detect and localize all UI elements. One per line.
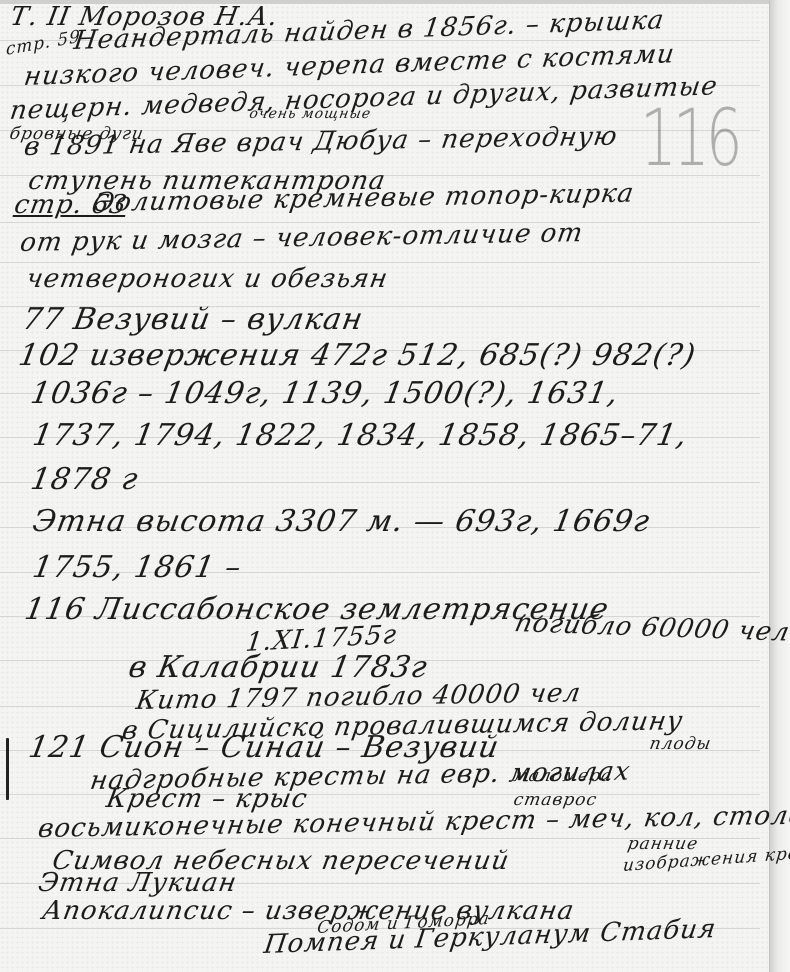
ruled-line (0, 262, 760, 263)
note-aside: погибло 60000 чел (512, 608, 790, 647)
note-line-eruptions: 1036г – 1049г, 1139, 1500(?), 1631, (28, 376, 622, 411)
note-line: Этна Лукиан (36, 868, 239, 898)
note-line-eruptions: 102 извержения 472г 512, 685(?) 982(?) (16, 338, 699, 373)
note-line: от рук и мозга – человек-отличие от (18, 218, 585, 258)
margin-bracket-mark (6, 738, 9, 800)
note-line-etna-dates: 1755, 1861 – (30, 550, 244, 585)
note-line-etna: Этна высота 3307 м. — 693г, 1669г (30, 504, 653, 539)
note-line: четвероногих и обезьян (24, 264, 391, 294)
interlinear-note: очень мощные (248, 106, 373, 122)
notebook-page: 116 Т. II Морозов Н.А. стр. 59 Неандерта… (0, 0, 790, 972)
note-line-eruptions: 1737, 1794, 1822, 1834, 1858, 1865–71, (30, 418, 690, 453)
note-aside: плоды (648, 734, 713, 754)
note-aside: маломера (512, 766, 614, 786)
note-line: в Калабрии 1783г (126, 650, 430, 685)
note-line-vesuvius: 77 Везувий – вулкан (20, 302, 366, 337)
note-line-eruptions: 1878 г (28, 462, 141, 497)
page-number-stamp: 116 (640, 92, 739, 184)
